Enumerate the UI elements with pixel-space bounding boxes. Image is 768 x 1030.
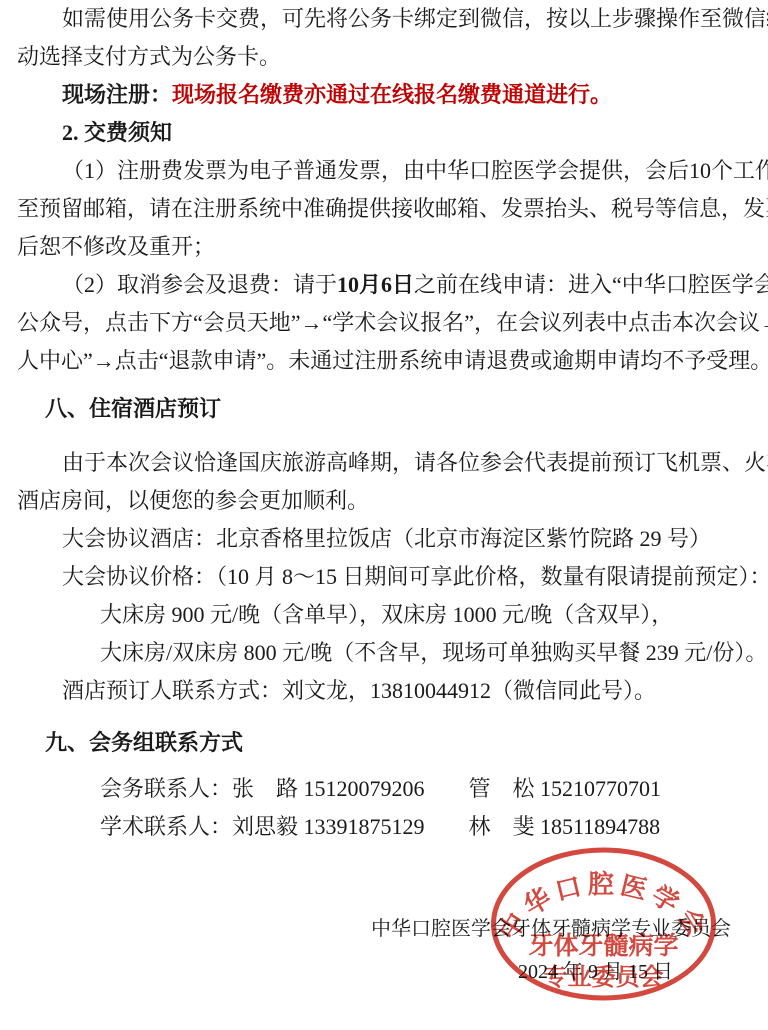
booking-contact-line: 酒店预订人联系方式：刘文龙，13810044912（微信同此号）。 xyxy=(17,672,751,710)
fee-item2-line3: 人中心”→点击“退款申请”。未通过注册系统申请退费或逾期申请均不予受理。 xyxy=(17,342,751,380)
onsite-registration-label: 现场注册： xyxy=(62,82,172,107)
price-line2: 大床房/双床房 800 元/晚（不含早，现场可单独购买早餐 239 元/份）。 xyxy=(17,634,751,672)
fee-item1-line2: 至预留邮箱，请在注册系统中准确提供接收邮箱、发票抬头、税号等信息，发票开出 xyxy=(17,190,751,228)
section8-intro-line2: 酒店房间，以便您的参会更加顺利。 xyxy=(17,482,751,520)
document-body: 如需使用公务卡交费，可先将公务卡绑定到微信，按以上步骤操作至微信缴费时手 动选择… xyxy=(0,0,768,991)
hotel-line: 大会协议酒店：北京香格里拉饭店（北京市海淀区紫竹院路 29 号） xyxy=(17,520,751,558)
section8-heading: 八、住宿酒店预订 xyxy=(17,390,751,428)
contact-line2: 学术联系人：刘思毅 13391875129 林 斐 18511894788 xyxy=(17,808,751,846)
fee-item2-deadline: 10月6日 xyxy=(337,272,414,297)
price-line1: 大床房 900 元/晚（含单早），双床房 1000 元/晚（含双早）， xyxy=(17,596,751,634)
fee-item2-post: 之前在线申请：进入“中华口腔医学会”微信 xyxy=(414,272,768,297)
onsite-registration-line: 现场注册：现场报名缴费亦通过在线报名缴费通道进行。 xyxy=(17,76,751,114)
section9-heading: 九、会务组联系方式 xyxy=(17,724,751,762)
signature-org-line: 中华口腔医学会牙体牙髓病学专业委员会 xyxy=(17,910,751,948)
fee-item2-pre: （2）取消参会及退费：请于 xyxy=(62,272,337,297)
fee-item1-line3: 后恕不修改及重开； xyxy=(17,228,751,266)
fee-item2-line2: 公众号，点击下方“会员天地”→“学术会议报名”，在会议列表中点击本次会议→“个 xyxy=(17,304,751,342)
signature-date-line: 2024 年 9 月 15 日 xyxy=(17,953,751,991)
payment-note-line2: 动选择支付方式为公务卡。 xyxy=(17,38,751,76)
payment-note-line1: 如需使用公务卡交费，可先将公务卡绑定到微信，按以上步骤操作至微信缴费时手 xyxy=(17,0,751,38)
contact-line1: 会务联系人：张 路 15120079206 管 松 15210770701 xyxy=(17,770,751,808)
fee-item2-line1: （2）取消参会及退费：请于10月6日之前在线申请：进入“中华口腔医学会”微信 xyxy=(17,266,751,304)
onsite-registration-red-text: 现场报名缴费亦通过在线报名缴费通道进行。 xyxy=(172,82,612,107)
document-page: 如需使用公务卡交费，可先将公务卡绑定到微信，按以上步骤操作至微信缴费时手 动选择… xyxy=(0,0,768,1030)
fee-notice-heading: 2. 交费须知 xyxy=(17,114,751,152)
price-label-line: 大会协议价格：（10 月 8～15 日期间可享此价格，数量有限请提前预定）： xyxy=(17,558,751,596)
section8-intro-line1: 由于本次会议恰逢国庆旅游高峰期，请各位参会代表提前预订飞机票、火车票和 xyxy=(17,444,751,482)
fee-item1-line1: （1）注册费发票为电子普通发票，由中华口腔医学会提供，会后10个工作日内发 xyxy=(17,152,751,190)
